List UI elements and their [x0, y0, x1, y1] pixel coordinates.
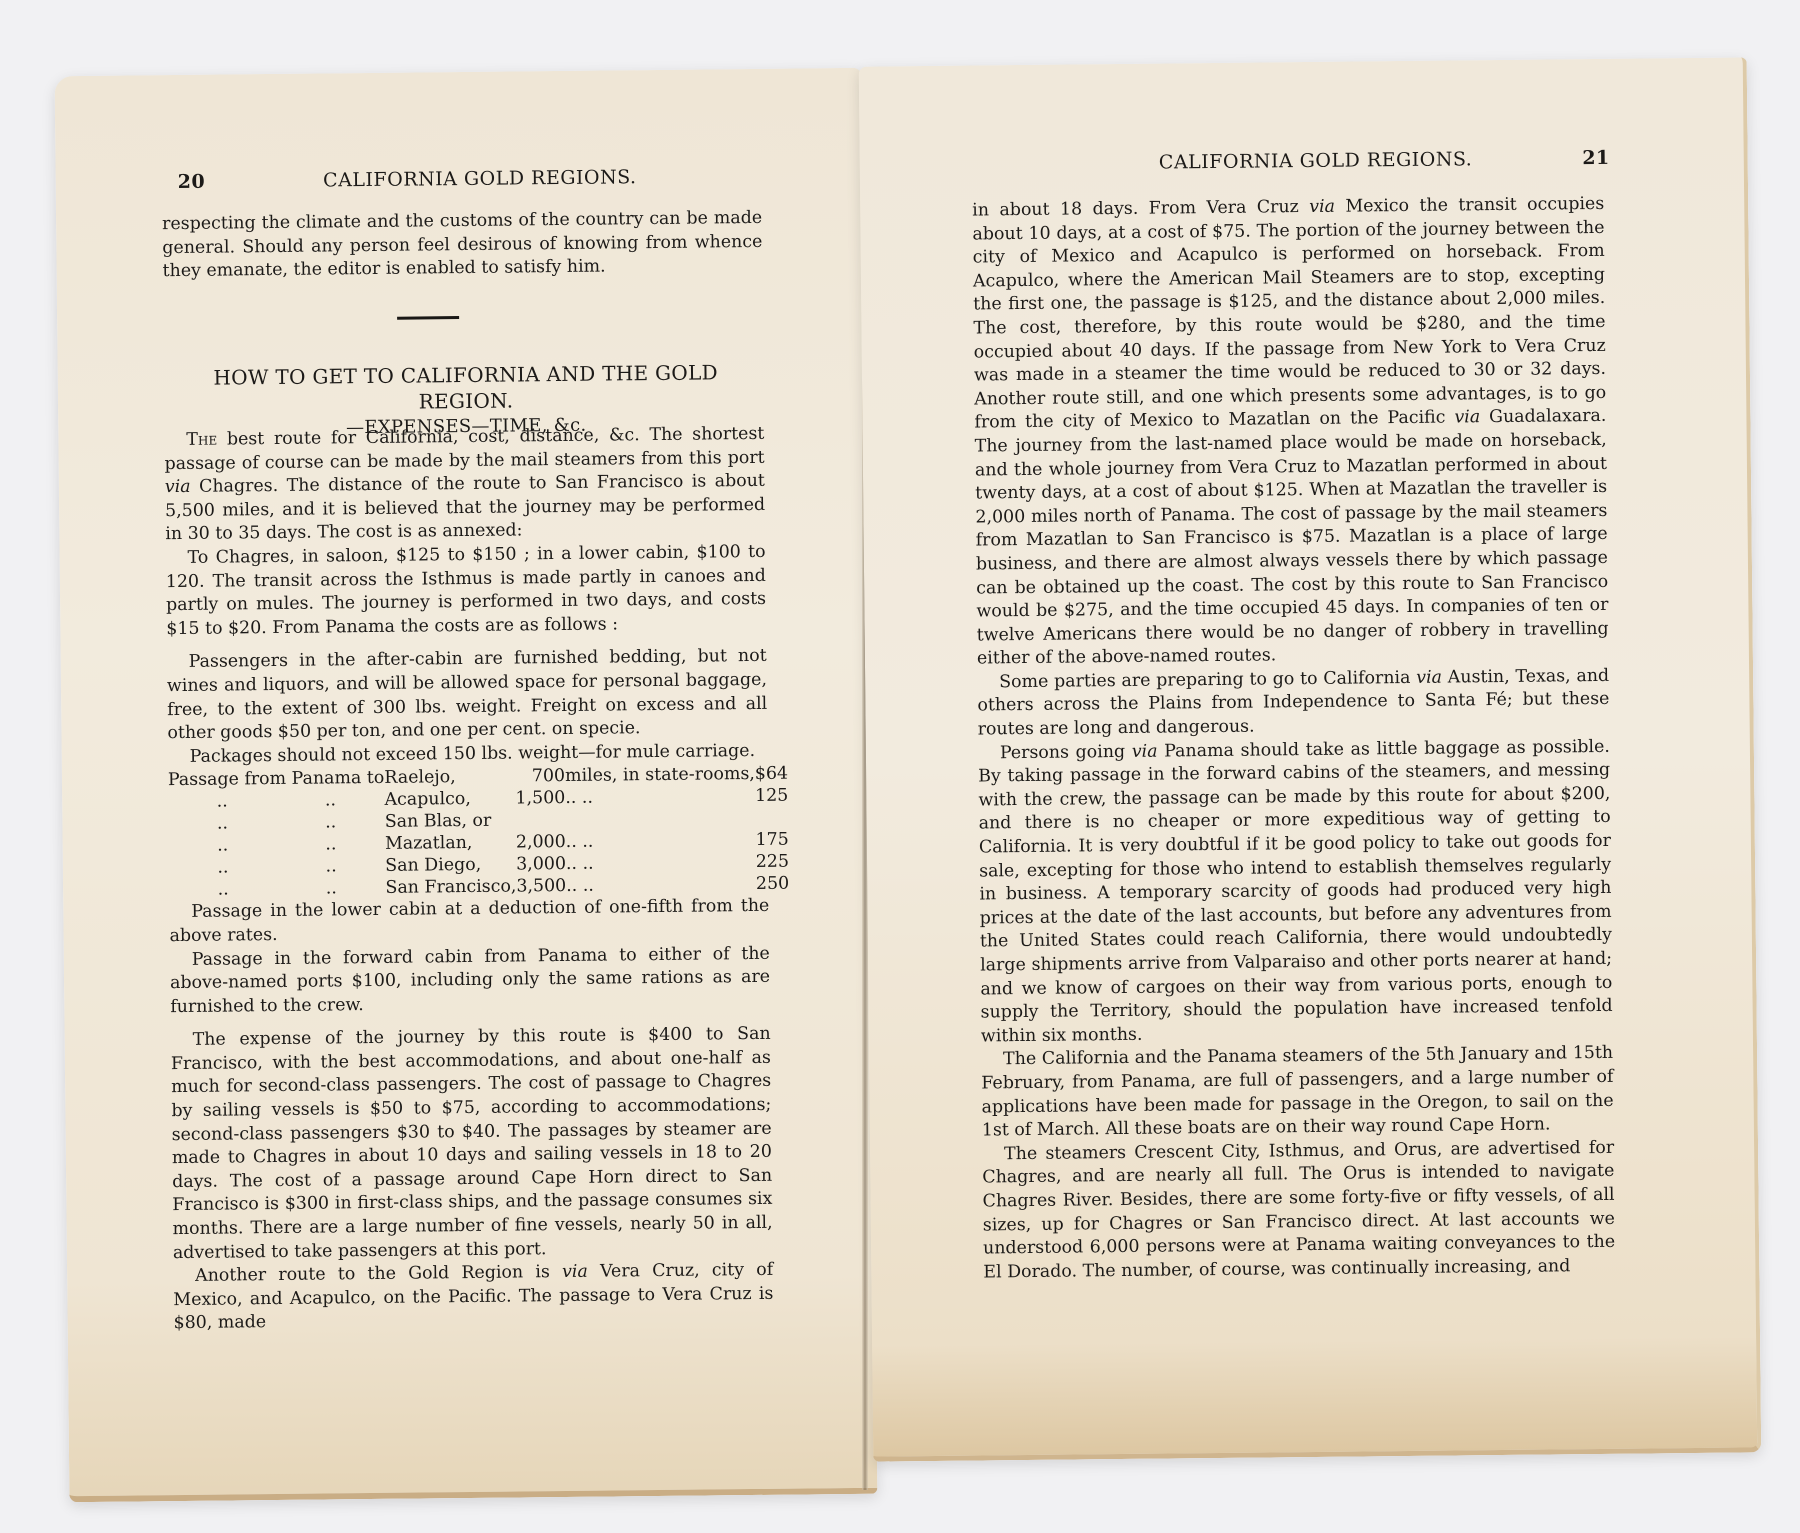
paragraph: in about 18 days. From Vera Cruz via Mex…	[972, 193, 1609, 671]
running-head-left: 20 CALIFORNIA GOLD REGIONS.	[178, 164, 818, 193]
page-number: 20	[178, 171, 206, 193]
paragraph: Another route to the Gold Region is via …	[173, 1259, 774, 1336]
paragraph: Passengers in the after-cabin are furnis…	[167, 645, 768, 746]
paragraph: Passage in the lower cabin at a deductio…	[169, 895, 769, 948]
paragraph: Persons going via Panama should take as …	[978, 736, 1613, 1049]
paragraph: The expense of the journey by this route…	[171, 1023, 773, 1265]
paragraph: To Chagres, in saloon, $125 to $150 ; in…	[165, 541, 766, 642]
section-heading-line1: HOW TO GET TO CALIFORNIA AND THE GOLD RE…	[213, 360, 718, 413]
section-divider-rule	[397, 316, 459, 320]
paragraph: The steamers Crescent City, Isthmus, and…	[982, 1137, 1615, 1285]
left-page: 20 CALIFORNIA GOLD REGIONS. respecting t…	[55, 68, 878, 1502]
paragraph: Some parties are preparing to go to Cali…	[977, 665, 1610, 742]
running-head-right: CALIFORNIA GOLD REGIONS. 21	[970, 147, 1610, 176]
left-body-text: The best route for California, cost, dis…	[164, 423, 773, 1336]
opening-paragraph: respecting the climate and the customs o…	[162, 207, 763, 284]
paragraph: The best route for California, cost, dis…	[164, 423, 765, 547]
right-body-text: in about 18 days. From Vera Cruz via Mex…	[972, 193, 1615, 1285]
running-head-title: CALIFORNIA GOLD REGIONS.	[1159, 148, 1473, 173]
running-head-title: CALIFORNIA GOLD REGIONS.	[323, 166, 637, 191]
paragraph: Passage in the forward cabin from Panama…	[170, 942, 771, 1019]
page-number: 21	[1582, 147, 1610, 169]
paragraph: The California and the Panama steamers o…	[981, 1042, 1614, 1143]
fare-table: Passage from Panama to Raelejo, 700 mile…	[168, 763, 790, 901]
right-page: CALIFORNIA GOLD REGIONS. 21 in about 18 …	[859, 57, 1762, 1461]
